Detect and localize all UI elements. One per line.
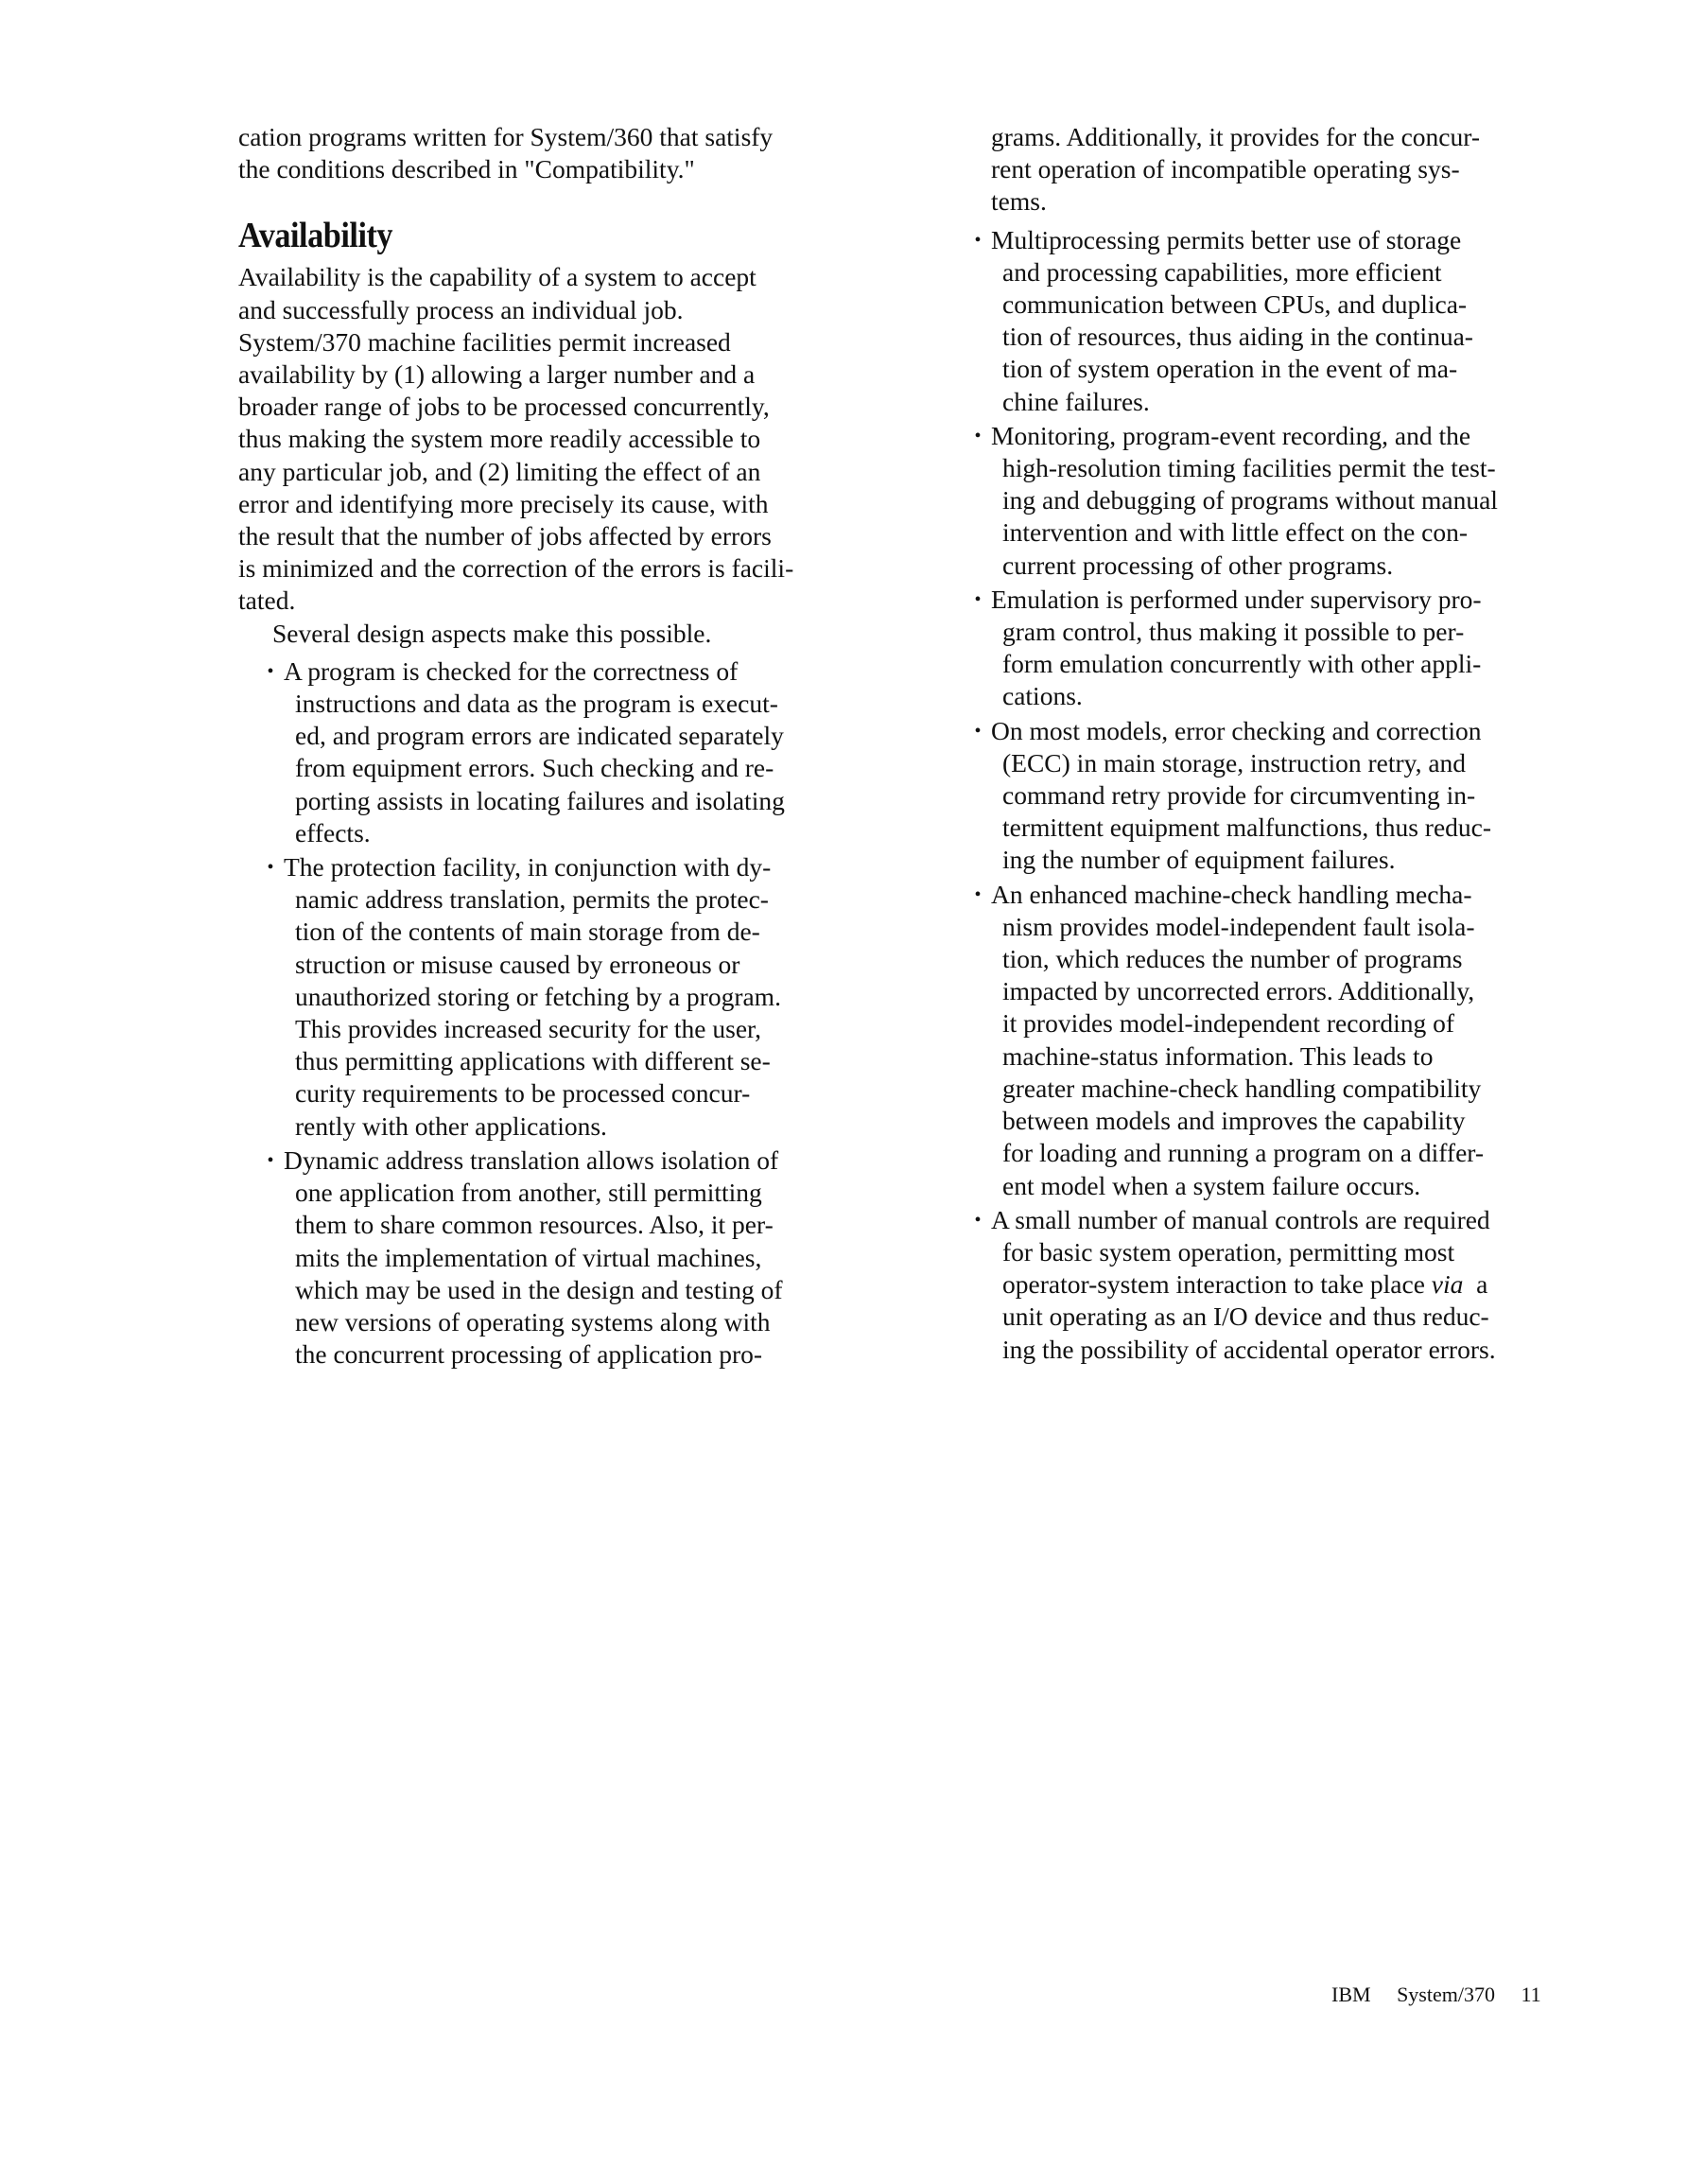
text-line: tion of resources, thus aiding in the co… — [991, 321, 1592, 353]
section-heading: Availability — [238, 210, 800, 261]
text-line: namic address translation, permits the p… — [284, 883, 862, 916]
text-line: current processing of other programs. — [991, 550, 1592, 582]
bullet-icon: • — [968, 879, 987, 911]
text-line: ing the number of equipment failures. — [991, 844, 1592, 876]
text-line: for basic system operation, permitting m… — [991, 1236, 1592, 1268]
text-line: intervention and with little effect on t… — [991, 516, 1592, 549]
bullet-icon: • — [968, 715, 987, 747]
text-line: System/370 machine facilities permit inc… — [238, 326, 862, 358]
text-line: nism provides model-independent fault is… — [991, 911, 1592, 943]
list-item: • The protection facility, in conjunctio… — [272, 851, 862, 1143]
text-line: new versions of operating systems along … — [284, 1306, 862, 1338]
text-line: An enhanced machine-check handling mecha… — [991, 879, 1592, 911]
bullet-icon: • — [968, 420, 987, 452]
bullet-icon: • — [968, 1204, 987, 1236]
text-line: rent operation of incompatible operating… — [991, 153, 1592, 185]
text-fragment: a — [1476, 1269, 1487, 1299]
text-line: Multiprocessing permits better use of st… — [991, 224, 1592, 256]
text-line: thus making the system more readily acce… — [238, 423, 862, 455]
text-line: ing the possibility of accidental operat… — [991, 1334, 1592, 1366]
italic-word: via — [1432, 1269, 1464, 1299]
text-line: impacted by uncorrected errors. Addition… — [991, 975, 1592, 1007]
text-line: from equipment errors. Such checking and… — [284, 752, 862, 784]
text-line: greater machine-check handling compatibi… — [991, 1073, 1592, 1105]
right-column: grams. Additionally, it provides for the… — [968, 121, 1592, 1368]
text-line: ed, and program errors are indicated sep… — [284, 720, 862, 752]
text-line: communication between CPUs, and duplica- — [991, 288, 1592, 321]
text-line: the concurrent processing of application… — [284, 1338, 862, 1371]
text-line: termittent equipment malfunctions, thus … — [991, 812, 1592, 844]
continuation-text: grams. Additionally, it provides for the… — [968, 121, 1592, 218]
text-line: porting assists in locating failures and… — [284, 785, 862, 817]
text-line: instructions and data as the program is … — [284, 688, 862, 720]
text-line: between models and improves the capabili… — [991, 1105, 1592, 1137]
text-line: tion of system operation in the event of… — [991, 353, 1592, 385]
text-line: The protection facility, in conjunction … — [284, 851, 862, 883]
page-footer: IBM System/370 11 — [1331, 1982, 1541, 2008]
text-line: machine-status information. This leads t… — [991, 1040, 1592, 1073]
list-item: • Dynamic address translation allows iso… — [272, 1144, 862, 1371]
text-line: ent model when a system failure occurs. — [991, 1170, 1592, 1202]
text-line: for loading and running a program on a d… — [991, 1137, 1592, 1169]
text-line: chine failures. — [991, 386, 1592, 418]
text-line: unit operating as an I/O device and thus… — [991, 1301, 1592, 1333]
intro-sentence: Several design aspects make this possibl… — [238, 618, 862, 650]
text-line: grams. Additionally, it provides for the… — [991, 121, 1592, 153]
footer-brand: IBM — [1331, 1983, 1371, 2006]
text-line: broader range of jobs to be processed co… — [238, 391, 862, 423]
page-number: 11 — [1521, 1983, 1540, 2006]
text-line: (ECC) in main storage, instruction retry… — [991, 747, 1592, 779]
list-item: • A program is checked for the correctne… — [272, 655, 862, 849]
text-line: thus permitting applications with differ… — [284, 1045, 862, 1077]
text-line: effects. — [284, 817, 862, 849]
text-line: availability by (1) allowing a larger nu… — [238, 358, 862, 391]
text-line: command retry provide for circumventing … — [991, 779, 1592, 812]
text-line: one application from another, still perm… — [284, 1177, 862, 1209]
footer-title: System/370 — [1397, 1983, 1495, 2006]
text-line: the result that the number of jobs affec… — [238, 520, 862, 552]
text-line: unauthorized storing or fetching by a pr… — [284, 981, 862, 1013]
text-line: cation programs written for System/360 t… — [238, 121, 862, 153]
list-item: • A small number of manual controls are … — [980, 1204, 1592, 1366]
text-line: Emulation is performed under supervisory… — [991, 584, 1592, 616]
bullet-icon: • — [968, 584, 987, 616]
list-item: • Emulation is performed under superviso… — [980, 584, 1592, 713]
features-list: • Multiprocessing permits better use of … — [968, 224, 1592, 1366]
text-line: tated. — [238, 585, 862, 617]
text-line: is minimized and the correction of the e… — [238, 552, 862, 585]
text-line: and successfully process an individual j… — [238, 294, 862, 326]
text-line: A program is checked for the correctness… — [284, 655, 862, 688]
text-line: it provides model-independent recording … — [991, 1007, 1592, 1040]
text-line: A small number of manual controls are re… — [991, 1204, 1592, 1236]
left-column: cation programs written for System/360 t… — [238, 121, 862, 1372]
text-line: any particular job, and (2) limiting the… — [238, 456, 862, 488]
text-line: Availability is the capability of a syst… — [238, 261, 862, 293]
text-line: and processing capabilities, more effici… — [991, 256, 1592, 288]
text-line: ing and debugging of programs without ma… — [991, 484, 1592, 516]
continuation-text: cation programs written for System/360 t… — [238, 121, 862, 185]
text-line: This provides increased security for the… — [284, 1013, 862, 1045]
text-line: high-resolution timing facilities permit… — [991, 452, 1592, 484]
text-line: form emulation concurrently with other a… — [991, 648, 1592, 680]
text-line: rently with other applications. — [284, 1110, 862, 1143]
text-line: which may be used in the design and test… — [284, 1274, 862, 1306]
text-line: tion, which reduces the number of progra… — [991, 943, 1592, 975]
bullet-icon: • — [261, 1144, 280, 1177]
text-line: the conditions described in "Compatibili… — [238, 153, 862, 185]
text-line: Dynamic address translation allows isola… — [284, 1144, 862, 1177]
text-line: tion of the contents of main storage fro… — [284, 916, 862, 948]
text-line: mits the implementation of virtual machi… — [284, 1242, 862, 1274]
text-line-with-italic: operator-system interaction to take plac… — [991, 1268, 1592, 1301]
text-line: Monitoring, program-event recording, and… — [991, 420, 1592, 452]
bullet-icon: • — [968, 224, 987, 256]
text-line: cations. — [991, 680, 1592, 712]
text-line: error and identifying more precisely its… — [238, 488, 862, 520]
text-line: tems. — [991, 185, 1592, 218]
list-item: • On most models, error checking and cor… — [980, 715, 1592, 877]
bullet-icon: • — [261, 655, 280, 688]
bullet-icon: • — [261, 851, 280, 883]
design-aspects-list: • A program is checked for the correctne… — [238, 655, 862, 1371]
text-line: curity requirements to be processed conc… — [284, 1077, 862, 1109]
text-line: them to share common resources. Also, it… — [284, 1209, 862, 1241]
list-item: • Monitoring, program-event recording, a… — [980, 420, 1592, 582]
availability-paragraph: Availability is the capability of a syst… — [238, 261, 862, 617]
list-item: • An enhanced machine-check handling mec… — [980, 879, 1592, 1202]
text-fragment: operator-system interaction to take plac… — [1002, 1269, 1425, 1299]
list-item: • Multiprocessing permits better use of … — [980, 224, 1592, 418]
text-line: On most models, error checking and corre… — [991, 715, 1592, 747]
text-line: struction or misuse caused by erroneous … — [284, 949, 862, 981]
text-line: gram control, thus making it possible to… — [991, 616, 1592, 648]
